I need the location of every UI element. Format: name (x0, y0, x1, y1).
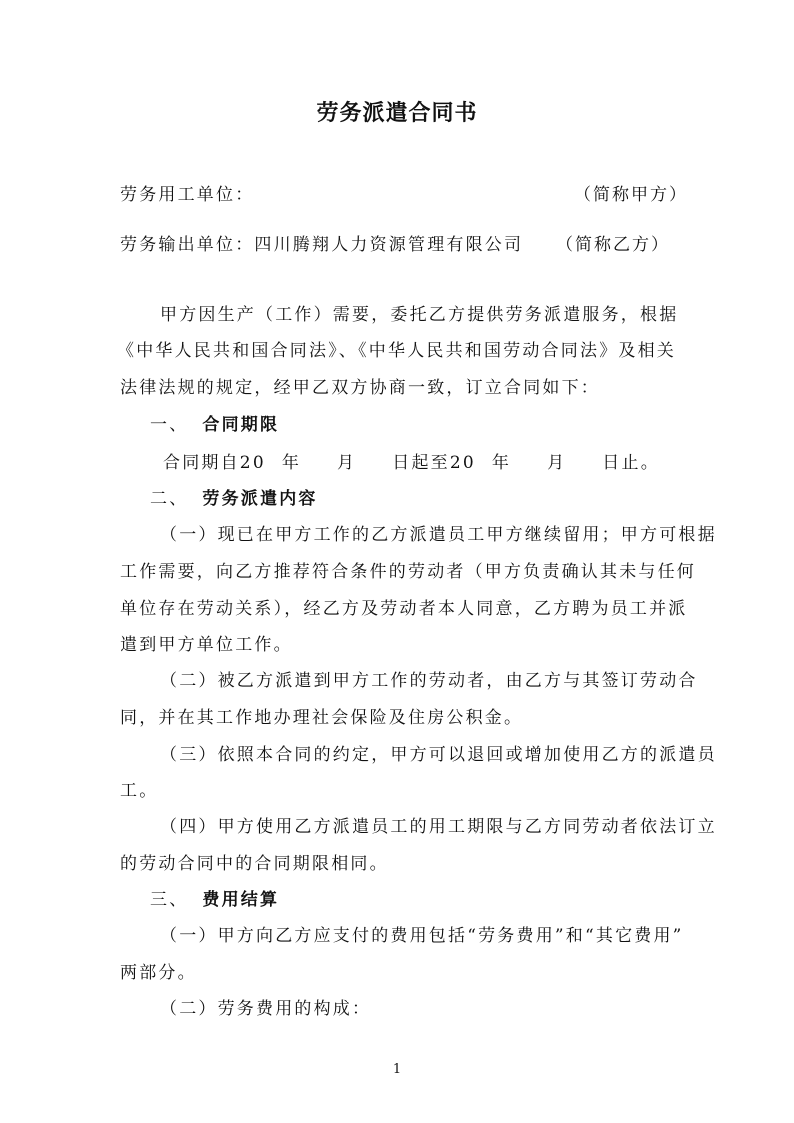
s2-p1-line-1: （一）现已在甲方工作的乙方派遣员工甲方继续留用；甲方可根据 (160, 520, 717, 545)
s2-p1-line-4: 遣到甲方单位工作。 (120, 630, 293, 655)
section-3-number: 三、 (150, 890, 188, 910)
s2-p3-line-2: 工。 (120, 776, 158, 801)
s2-p4-line-1: （四）甲方使用乙方派遣员工的用工期限与乙方同劳动者依法订立 (160, 812, 717, 837)
section-1-number: 一、 (150, 415, 188, 435)
party-b-abbr: （简称乙方） (556, 230, 670, 255)
s2-p1-line-2: 工作需要，向乙方推荐符合条件的劳动者（甲方负责确认其未与任何 (120, 557, 696, 582)
s3-p1-line-1: （一）甲方向乙方应支付的费用包括“劳务费用”和“其它费用” (160, 921, 684, 946)
section-3-title: 费用结算 (202, 890, 279, 910)
s2-p3-line-1: （三）依照本合同的约定，甲方可以退回或增加使用乙方的派遣员 (160, 740, 717, 765)
party-a-label: 劳务用工单位： (120, 185, 254, 205)
party-b-value: 四川腾翔人力资源管理有限公司 (254, 235, 523, 255)
s2-p2-line-1: （二）被乙方派遣到甲方工作的劳动者，由乙方与其签订劳动合 (160, 666, 698, 691)
preamble-line-2: 《中华人民共和国合同法》、《中华人民共和国劳动合同法》及相关 (117, 336, 676, 361)
term-start-prefix: 合同期自20 (163, 453, 266, 473)
term-end-suffix: 日止。 (602, 453, 660, 473)
section-2-number: 二、 (150, 489, 188, 509)
s2-p4-line-2: 的劳动合同中的合同期限相同。 (120, 849, 389, 874)
contract-term-line: 合同期自20年月日起至20年月日止。 (163, 448, 660, 473)
s3-p1-line-2: 两部分。 (120, 958, 197, 983)
section-2-title: 劳务派遣内容 (202, 489, 317, 509)
s3-p2-line-1: （二）劳务费用的构成： (160, 994, 371, 1019)
party-a-line: 劳务用工单位： (120, 180, 254, 205)
term-end-month-label: 月 (547, 453, 566, 473)
s2-p1-line-3: 单位存在劳动关系），经乙方及劳动者本人同意，乙方聘为员工并派 (120, 594, 688, 619)
preamble-line-3: 法律法规的规定，经甲乙双方协商一致，订立合同如下： (120, 373, 600, 398)
term-end-prefix: 日起至20 (392, 453, 476, 473)
party-a-abbr: （简称甲方） (574, 180, 688, 205)
preamble-line-1: 甲方因生产（工作）需要，委托乙方提供劳务派遣服务，根据 (160, 300, 678, 325)
term-start-year-label: 年 (282, 453, 301, 473)
page-number: 1 (0, 1062, 794, 1077)
section-1-title: 合同期限 (202, 415, 279, 435)
s2-p2-line-2: 同，并在其工作地办理社会保险及住房公积金。 (120, 703, 523, 728)
document-title: 劳务派遣合同书 (0, 96, 794, 127)
term-end-year-label: 年 (492, 453, 511, 473)
document-page: 劳务派遣合同书 劳务用工单位： （简称甲方） 劳务输出单位：四川腾翔人力资源管理… (0, 0, 794, 1123)
section-2-heading: 二、劳务派遣内容 (150, 484, 318, 509)
party-b-line: 劳务输出单位：四川腾翔人力资源管理有限公司 (120, 230, 523, 255)
section-3-heading: 三、费用结算 (150, 885, 279, 910)
term-start-month-label: 月 (337, 453, 356, 473)
party-b-label: 劳务输出单位： (120, 235, 254, 255)
section-1-heading: 一、合同期限 (150, 410, 279, 435)
